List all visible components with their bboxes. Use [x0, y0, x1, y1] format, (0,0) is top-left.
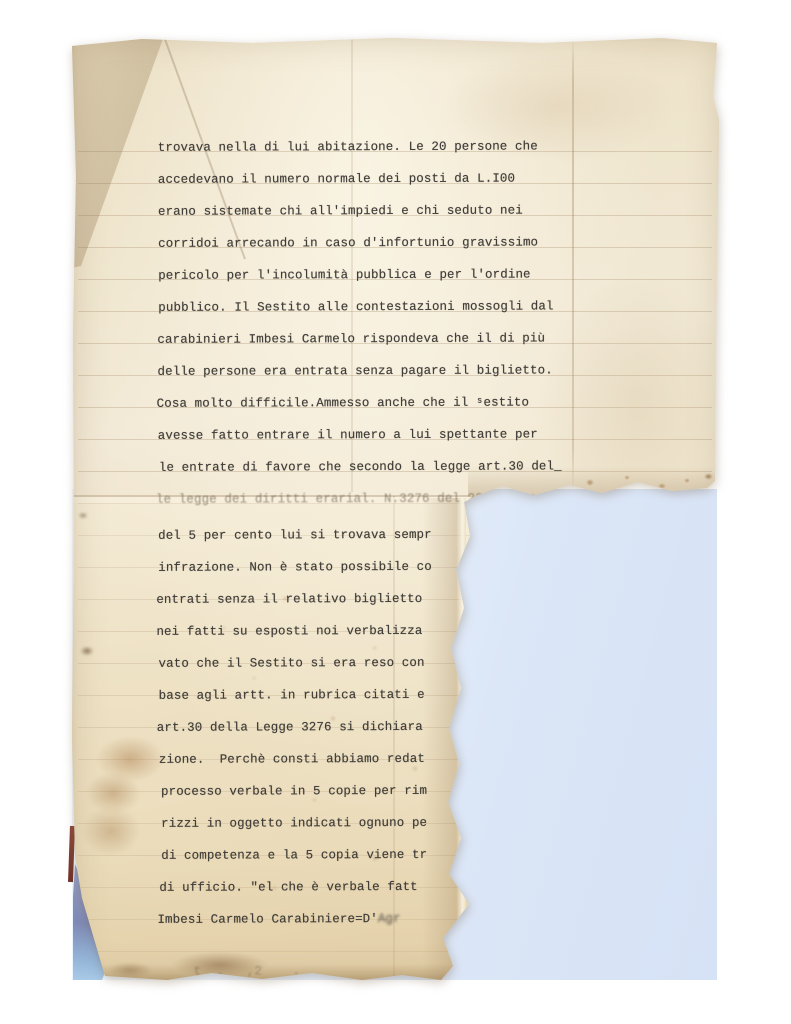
paper-sheet: trovava nella di lui abitazione. Le 20 p…	[72, 36, 722, 980]
photo-frame: trovava nella di lui abitazione. Le 20 p…	[0, 0, 791, 1024]
paper-surface: trovava nella di lui abitazione. Le 20 p…	[72, 36, 722, 980]
paper-vignette	[72, 36, 722, 980]
